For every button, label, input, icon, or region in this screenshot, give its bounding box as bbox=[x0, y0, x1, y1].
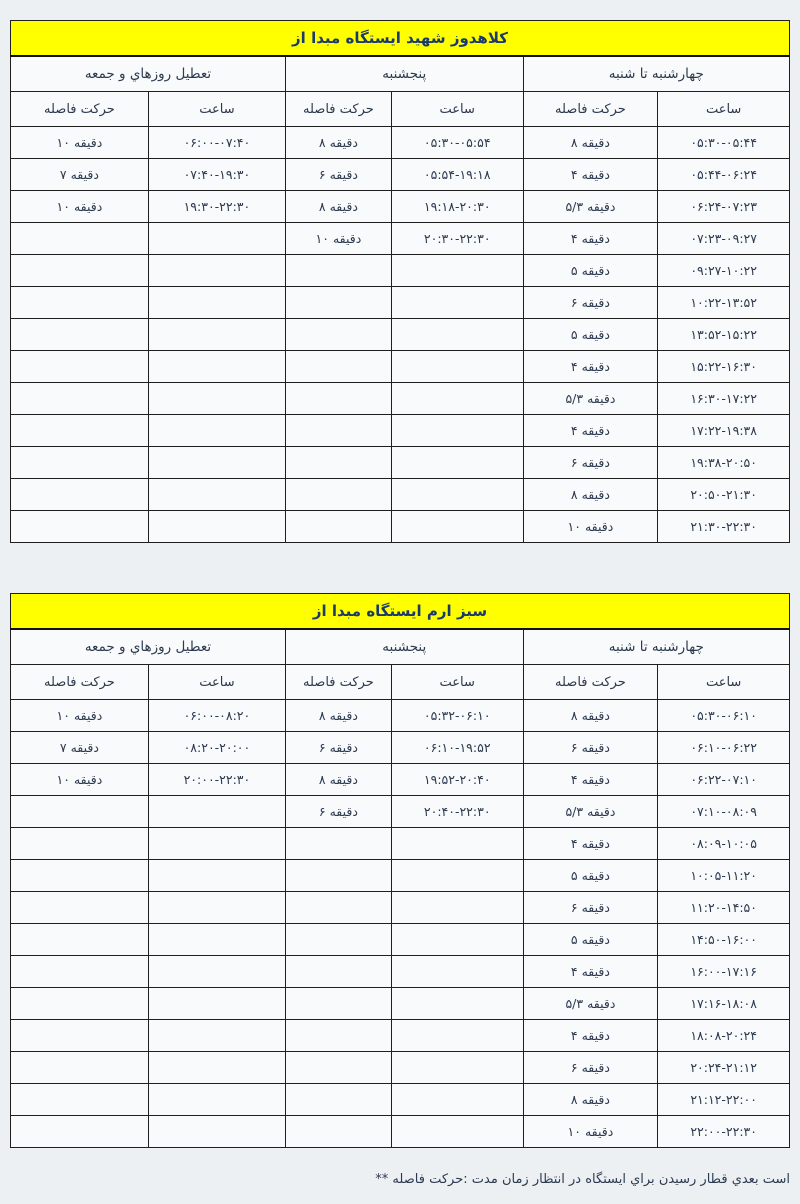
table-title-row: از مبدا ایستگاه شهید کلاهدوز bbox=[11, 21, 790, 57]
text-token: ۷ bbox=[60, 167, 67, 182]
time-column-header: ساعت bbox=[391, 665, 523, 700]
text-token: دقیقه bbox=[582, 167, 610, 182]
text-token: فاصله bbox=[392, 1172, 425, 1187]
headway-cell: ۵ دقیقه bbox=[523, 924, 658, 956]
text-token: ۸ bbox=[319, 199, 326, 214]
time-column-header: ساعت bbox=[658, 665, 790, 700]
text-token: دقیقه bbox=[582, 487, 610, 502]
text-token: ۰۵:۴۴-۰۶:۲۴ bbox=[690, 167, 757, 182]
empty-cell bbox=[391, 287, 523, 319]
empty-cell bbox=[391, 1084, 523, 1116]
headway-column-header: فاصله حرکت bbox=[11, 92, 149, 127]
text-token: فاصله bbox=[303, 102, 336, 117]
table-row: ۴ دقیقه۱۶:۰۰-۱۷:۱۶ bbox=[11, 956, 790, 988]
text-token: دقیقه bbox=[587, 199, 615, 214]
empty-cell bbox=[148, 511, 285, 543]
text-token: ۰۷:۴۰-۱۹:۳۰ bbox=[184, 167, 251, 182]
text-token: ۰۹:۲۷-۱۰:۲۲ bbox=[690, 263, 757, 278]
text-token: دقیقه bbox=[582, 740, 610, 755]
empty-cell bbox=[148, 892, 285, 924]
time-cell: ۱۹:۳۸-۲۰:۵۰ bbox=[658, 447, 790, 479]
empty-cell bbox=[285, 511, 391, 543]
time-cell: ۱۹:۵۲-۲۰:۴۰ bbox=[391, 764, 523, 796]
empty-cell bbox=[285, 956, 391, 988]
time-cell: ۱۱:۲۰-۱۴:۵۰ bbox=[658, 892, 790, 924]
text-token: ارم bbox=[427, 602, 452, 620]
text-token: شنبه bbox=[609, 66, 636, 82]
text-token: دقیقه bbox=[582, 708, 610, 723]
text-token: دقیقه bbox=[585, 1124, 613, 1139]
time-cell: ۲۲:۰۰-۲۲:۳۰ bbox=[658, 1116, 790, 1148]
text-token: ۶ bbox=[571, 740, 578, 755]
time-cell: ۲۰:۰۰-۲۲:۳۰ bbox=[148, 764, 285, 796]
text-token: حرکت bbox=[592, 675, 626, 690]
headway-cell: ۶ دقیقه bbox=[285, 732, 391, 764]
text-token: ۰۶:۲۲-۰۷:۱۰ bbox=[690, 772, 757, 787]
text-token: جمعه bbox=[85, 66, 115, 82]
text-token: ۸ bbox=[571, 708, 578, 723]
time-cell: ۱۹:۱۸-۲۰:۳۰ bbox=[391, 191, 523, 223]
table-row: ۱۰ دقیقه۰۶:۰۰-۰۸:۲۰۸ دقیقه۰۵:۳۲-۰۶:۱۰۸ د… bbox=[11, 700, 790, 732]
time-column-header: ساعت bbox=[148, 665, 285, 700]
empty-cell bbox=[391, 415, 523, 447]
text-token: ۴ bbox=[571, 836, 578, 851]
day-group-friday-holidays: جمعه و روزهاي تعطیل bbox=[11, 629, 286, 665]
empty-cell bbox=[11, 223, 149, 255]
text-token: ۱۸:۰۸-۲۰:۲۴ bbox=[690, 1028, 757, 1043]
text-token: دقیقه bbox=[582, 900, 610, 915]
text-token: ۱۹:۳۸-۲۰:۵۰ bbox=[690, 455, 757, 470]
empty-cell bbox=[148, 287, 285, 319]
text-token: ۱۵:۲۲-۱۶:۳۰ bbox=[690, 359, 757, 374]
empty-cell bbox=[285, 1052, 391, 1084]
empty-cell bbox=[11, 796, 149, 828]
text-token: چهارشنبه bbox=[652, 639, 704, 655]
text-token: ۸ bbox=[319, 708, 326, 723]
text-token: ۱۰ bbox=[568, 1124, 581, 1139]
table-row: ۵ دقیقه۱۰:۰۵-۱۱:۲۰ bbox=[11, 860, 790, 892]
text-token: ۵ bbox=[571, 868, 578, 883]
table-row: ۶ دقیقه۱۹:۳۸-۲۰:۵۰ bbox=[11, 447, 790, 479]
text-token: ۶ bbox=[571, 1060, 578, 1075]
text-token: ۴ bbox=[571, 359, 578, 374]
empty-cell bbox=[285, 1116, 391, 1148]
time-column-header: ساعت bbox=[391, 92, 523, 127]
empty-cell bbox=[285, 988, 391, 1020]
text-token: ۲۱:۱۲-۲۲:۰۰ bbox=[690, 1092, 757, 1107]
headway-cell: ۵/۳ دقیقه bbox=[523, 988, 658, 1020]
text-token: ۶ bbox=[571, 455, 578, 470]
table-row: ۵ دقیقه۰۹:۲۷-۱۰:۲۲ bbox=[11, 255, 790, 287]
text-token: ۲۰:۰۰-۲۲:۳۰ bbox=[184, 772, 251, 787]
headway-column-header: فاصله حرکت bbox=[523, 92, 658, 127]
headway-column-header: فاصله حرکت bbox=[285, 92, 391, 127]
text-token: ۰۵:۳۰-۰۶:۱۰ bbox=[690, 708, 757, 723]
headway-cell: ۱۰ دقیقه bbox=[523, 1116, 658, 1148]
text-token: ۵/۳ bbox=[565, 996, 583, 1011]
text-token: انتظار bbox=[533, 1172, 565, 1187]
empty-cell bbox=[391, 319, 523, 351]
text-token: ۰۵:۳۰-۰۵:۴۴ bbox=[690, 135, 757, 150]
text-token: ۰۸:۰۹-۱۰:۰۵ bbox=[690, 836, 757, 851]
text-token: دقیقه bbox=[330, 708, 358, 723]
text-token: ایستگاه bbox=[346, 29, 401, 47]
timetable-body: ۱۰ دقیقه۰۶:۰۰-۰۷:۴۰۸ دقیقه۰۵:۳۰-۰۵:۵۴۸ د… bbox=[11, 127, 790, 543]
text-token: ۰۶:۱۰-۰۶:۲۲ bbox=[690, 740, 757, 755]
empty-cell bbox=[11, 924, 149, 956]
headway-column-header: فاصله حرکت bbox=[523, 665, 658, 700]
headway-cell: ۵/۳ دقیقه bbox=[523, 191, 658, 223]
text-token: ۸ bbox=[571, 135, 578, 150]
empty-cell bbox=[285, 415, 391, 447]
headway-cell: ۱۰ دقیقه bbox=[11, 127, 149, 159]
text-token: ۶ bbox=[319, 804, 326, 819]
text-token: دقیقه bbox=[330, 740, 358, 755]
empty-cell bbox=[11, 479, 149, 511]
empty-cell bbox=[391, 255, 523, 287]
text-token: ۱۰ bbox=[57, 199, 70, 214]
day-group-header-row: جمعه و روزهاي تعطیل پنجشنبه شنبه تا چهار… bbox=[11, 56, 790, 92]
text-token: ۶ bbox=[571, 900, 578, 915]
text-token: ساعت bbox=[199, 102, 234, 117]
text-token: ساعت bbox=[440, 102, 475, 117]
time-cell: ۲۰:۳۰-۲۲:۳۰ bbox=[391, 223, 523, 255]
time-cell: ۰۵:۳۲-۰۶:۱۰ bbox=[391, 700, 523, 732]
timetable-body: ۱۰ دقیقه۰۶:۰۰-۰۸:۲۰۸ دقیقه۰۵:۳۲-۰۶:۱۰۸ د… bbox=[11, 700, 790, 1148]
text-token: دقیقه bbox=[74, 708, 102, 723]
table-row: ۶ دقیقه۲۰:۴۰-۲۲:۳۰۵/۳ دقیقه۰۷:۱۰-۰۸:۰۹ bbox=[11, 796, 790, 828]
text-token: ۷ bbox=[60, 740, 67, 755]
table-row: ۴ دقیقه۱۸:۰۸-۲۰:۲۴ bbox=[11, 1020, 790, 1052]
time-cell: ۲۰:۴۰-۲۲:۳۰ bbox=[391, 796, 523, 828]
text-token: دقیقه bbox=[330, 199, 358, 214]
text-token: ۱۱:۲۰-۱۴:۵۰ bbox=[690, 900, 757, 915]
text-token: شنبه bbox=[609, 639, 636, 655]
headway-cell: ۱۰ دقیقه bbox=[11, 700, 149, 732]
headway-cell: ۱۰ دقیقه bbox=[11, 191, 149, 223]
text-token: ۵ bbox=[571, 327, 578, 342]
text-token: دقیقه bbox=[330, 772, 358, 787]
text-token: ۴ bbox=[571, 1028, 578, 1043]
headway-cell: ۸ دقیقه bbox=[285, 700, 391, 732]
day-group-saturday-wednesday: شنبه تا چهارشنبه bbox=[523, 629, 789, 665]
text-token: دقیقه bbox=[582, 295, 610, 310]
text-token: ۰۷:۱۰-۰۸:۰۹ bbox=[690, 804, 757, 819]
headway-cell: ۸ دقیقه bbox=[523, 700, 658, 732]
text-token: از bbox=[292, 29, 306, 47]
empty-cell bbox=[391, 479, 523, 511]
empty-cell bbox=[148, 447, 285, 479]
time-cell: ۲۰:۵۰-۲۱:۳۰ bbox=[658, 479, 790, 511]
text-token: ۱۷:۲۲-۱۹:۳۸ bbox=[690, 423, 757, 438]
text-token: ۰۵:۳۲-۰۶:۱۰ bbox=[424, 708, 491, 723]
empty-cell bbox=[285, 255, 391, 287]
headway-cell: ۷ دقیقه bbox=[11, 732, 149, 764]
table-row: ۸ دقیقه۲۰:۵۰-۲۱:۳۰ bbox=[11, 479, 790, 511]
table-row: ۴ دقیقه۱۷:۲۲-۱۹:۳۸ bbox=[11, 415, 790, 447]
table-row: ۷ دقیقه۰۷:۴۰-۱۹:۳۰۶ دقیقه۰۵:۵۴-۱۹:۱۸۴ دق… bbox=[11, 159, 790, 191]
text-token: روزهاي bbox=[130, 66, 171, 82]
text-token: ۰۶:۰۰-۰۷:۴۰ bbox=[184, 135, 251, 150]
text-token: ۱۰ bbox=[57, 772, 70, 787]
text-token: ۵/۳ bbox=[565, 804, 583, 819]
text-token: ۰۷:۲۳-۰۹:۲۷ bbox=[690, 231, 757, 246]
empty-cell bbox=[148, 828, 285, 860]
time-cell: ۰۹:۲۷-۱۰:۲۲ bbox=[658, 255, 790, 287]
text-token: ۲۰:۵۰-۲۱:۳۰ bbox=[690, 487, 757, 502]
empty-cell bbox=[11, 1020, 149, 1052]
empty-cell bbox=[11, 988, 149, 1020]
time-cell: ۰۷:۴۰-۱۹:۳۰ bbox=[148, 159, 285, 191]
text-token: ۵ bbox=[571, 932, 578, 947]
day-group-header-row: جمعه و روزهاي تعطیل پنجشنبه شنبه تا چهار… bbox=[11, 629, 790, 665]
empty-cell bbox=[148, 479, 285, 511]
table-row: ۱۰ دقیقه۲۰:۳۰-۲۲:۳۰۴ دقیقه۰۷:۲۳-۰۹:۲۷ bbox=[11, 223, 790, 255]
headway-cell: ۴ دقیقه bbox=[523, 415, 658, 447]
text-token: ایستگاه bbox=[366, 602, 421, 620]
empty-cell bbox=[285, 319, 391, 351]
text-token: ۲۰:۲۴-۲۱:۱۲ bbox=[690, 1060, 757, 1075]
empty-cell bbox=[391, 447, 523, 479]
text-token: است bbox=[763, 1172, 790, 1187]
table-row: ۱۰ دقیقه۲۰:۰۰-۲۲:۳۰۸ دقیقه۱۹:۵۲-۲۰:۴۰۴ د… bbox=[11, 764, 790, 796]
empty-cell bbox=[391, 1052, 523, 1084]
text-token: ۱۶:۰۰-۱۷:۱۶ bbox=[690, 964, 757, 979]
headway-cell: ۶ دقیقه bbox=[523, 447, 658, 479]
empty-cell bbox=[285, 479, 391, 511]
text-token: ۰۶:۲۴-۰۷:۲۳ bbox=[690, 199, 757, 214]
time-cell: ۰۸:۰۹-۱۰:۰۵ bbox=[658, 828, 790, 860]
text-token: ۲۱:۳۰-۲۲:۳۰ bbox=[690, 519, 757, 534]
empty-cell bbox=[148, 383, 285, 415]
time-cell: ۰۵:۴۴-۰۶:۲۴ bbox=[658, 159, 790, 191]
day-group-thursday: پنجشنبه bbox=[285, 629, 523, 665]
text-token: تا bbox=[640, 66, 648, 82]
empty-cell bbox=[148, 1052, 285, 1084]
empty-cell bbox=[148, 1116, 285, 1148]
empty-cell bbox=[11, 1052, 149, 1084]
text-token: دقیقه bbox=[330, 804, 358, 819]
empty-cell bbox=[11, 447, 149, 479]
empty-cell bbox=[391, 828, 523, 860]
text-token: دقیقه bbox=[333, 231, 361, 246]
text-token: دقیقه bbox=[582, 932, 610, 947]
time-cell: ۰۷:۲۳-۰۹:۲۷ bbox=[658, 223, 790, 255]
text-token: دقیقه bbox=[587, 996, 615, 1011]
text-token: پنجشنبه bbox=[382, 639, 426, 655]
text-token: ۰۶:۰۰-۰۸:۲۰ bbox=[184, 708, 251, 723]
time-cell: ۱۷:۲۲-۱۹:۳۸ bbox=[658, 415, 790, 447]
text-token: ساعت bbox=[440, 675, 475, 690]
day-group-friday-holidays: جمعه و روزهاي تعطیل bbox=[11, 56, 286, 92]
text-token: ۴ bbox=[571, 964, 578, 979]
empty-cell bbox=[391, 1116, 523, 1148]
empty-cell bbox=[11, 956, 149, 988]
headway-cell: ۴ دقیقه bbox=[523, 351, 658, 383]
timetable-eram-sabz: از مبدا ایستگاه ارم سبز جمعه و روزهاي تع… bbox=[10, 593, 790, 1148]
empty-cell bbox=[391, 860, 523, 892]
text-token: ۸ bbox=[571, 1092, 578, 1107]
headway-cell: ۶ دقیقه bbox=[523, 1052, 658, 1084]
text-token: ۱۹:۵۲-۲۰:۴۰ bbox=[424, 772, 491, 787]
empty-cell bbox=[11, 860, 149, 892]
empty-cell bbox=[148, 956, 285, 988]
text-token: براي bbox=[630, 1172, 655, 1187]
empty-cell bbox=[391, 383, 523, 415]
text-token: دقیقه bbox=[71, 167, 99, 182]
table-row: ۱۰ دقیقه۲۲:۰۰-۲۲:۳۰ bbox=[11, 1116, 790, 1148]
text-token: ۱۹:۱۸-۲۰:۳۰ bbox=[424, 199, 491, 214]
text-token: ۸ bbox=[571, 487, 578, 502]
time-cell: ۰۵:۳۰-۰۵:۵۴ bbox=[391, 127, 523, 159]
text-token: ۲۰:۳۰-۲۲:۳۰ bbox=[424, 231, 491, 246]
text-token: ۱۴:۵۰-۱۶:۰۰ bbox=[690, 932, 757, 947]
text-token: دقیقه bbox=[582, 231, 610, 246]
empty-cell bbox=[391, 892, 523, 924]
headway-cell: ۶ دقیقه bbox=[523, 287, 658, 319]
headway-cell: ۴ دقیقه bbox=[523, 223, 658, 255]
text-token: تعطیل bbox=[176, 66, 212, 82]
empty-cell bbox=[11, 287, 149, 319]
text-token: دقیقه bbox=[71, 740, 99, 755]
headway-cell: ۵/۳ دقیقه bbox=[523, 796, 658, 828]
table-row: ۵/۳ دقیقه۱۷:۱۶-۱۸:۰۸ bbox=[11, 988, 790, 1020]
time-cell: ۰۶:۱۰-۱۹:۵۲ bbox=[391, 732, 523, 764]
text-token: دقیقه bbox=[74, 772, 102, 787]
column-header-row: فاصله حرکت ساعت فاصله حرکت ساعت فاصله حر… bbox=[11, 665, 790, 700]
empty-cell bbox=[11, 351, 149, 383]
empty-cell bbox=[11, 828, 149, 860]
text-token: ۰۵:۵۴-۱۹:۱۸ bbox=[424, 167, 491, 182]
text-token: دقیقه bbox=[582, 964, 610, 979]
text-token: در bbox=[569, 1172, 581, 1187]
table-row: ۸ دقیقه۲۱:۱۲-۲۲:۰۰ bbox=[11, 1084, 790, 1116]
time-cell: ۰۵:۳۰-۰۶:۱۰ bbox=[658, 700, 790, 732]
empty-cell bbox=[11, 319, 149, 351]
empty-cell bbox=[285, 383, 391, 415]
text-token: دقیقه bbox=[582, 1028, 610, 1043]
text-token: و bbox=[119, 66, 126, 82]
empty-cell bbox=[148, 1020, 285, 1052]
timetable-page: از مبدا ایستگاه شهید کلاهدوز جمعه و روزه… bbox=[0, 0, 800, 1187]
time-cell: ۱۹:۳۰-۲۲:۳۰ bbox=[148, 191, 285, 223]
headway-cell: ۵ دقیقه bbox=[523, 860, 658, 892]
time-cell: ۱۷:۱۶-۱۸:۰۸ bbox=[658, 988, 790, 1020]
table-title: از مبدا ایستگاه ارم سبز bbox=[11, 594, 790, 630]
text-token: فاصله bbox=[555, 675, 588, 690]
text-token: ۱۰:۲۲-۱۳:۵۲ bbox=[690, 295, 757, 310]
text-token: ۶ bbox=[319, 740, 326, 755]
table-row: ۱۰ دقیقه۱۹:۳۰-۲۲:۳۰۸ دقیقه۱۹:۱۸-۲۰:۳۰۵/۳… bbox=[11, 191, 790, 223]
text-token: مبدا bbox=[311, 29, 340, 47]
table-row: ۵ دقیقه۱۳:۵۲-۱۵:۲۲ bbox=[11, 319, 790, 351]
time-cell: ۰۵:۵۴-۱۹:۱۸ bbox=[391, 159, 523, 191]
empty-cell bbox=[285, 1084, 391, 1116]
headway-cell: ۴ دقیقه bbox=[523, 828, 658, 860]
time-cell: ۲۱:۱۲-۲۲:۰۰ bbox=[658, 1084, 790, 1116]
headway-cell: ۶ دقیقه bbox=[285, 796, 391, 828]
empty-cell bbox=[285, 287, 391, 319]
text-token: دقیقه bbox=[582, 327, 610, 342]
empty-cell bbox=[11, 255, 149, 287]
text-token: دقیقه bbox=[587, 391, 615, 406]
headway-cell: ۸ دقیقه bbox=[285, 764, 391, 796]
text-token: فاصله bbox=[303, 675, 336, 690]
time-cell: ۰۸:۲۰-۲۰:۰۰ bbox=[148, 732, 285, 764]
table-row: ۶ دقیقه۱۰:۲۲-۱۳:۵۲ bbox=[11, 287, 790, 319]
text-token: ۱۰ bbox=[316, 231, 329, 246]
empty-cell bbox=[148, 415, 285, 447]
text-token: ۲۰:۴۰-۲۲:۳۰ bbox=[424, 804, 491, 819]
headway-cell: ۵/۳ دقیقه bbox=[523, 383, 658, 415]
empty-cell bbox=[391, 956, 523, 988]
text-token: ۱۰:۰۵-۱۱:۲۰ bbox=[690, 868, 757, 883]
text-token: حرکت bbox=[81, 675, 115, 690]
empty-cell bbox=[148, 223, 285, 255]
day-group-saturday-wednesday: شنبه تا چهارشنبه bbox=[523, 56, 789, 92]
text-token: ۸ bbox=[319, 135, 326, 150]
text-token: پنجشنبه bbox=[382, 66, 426, 82]
table-row: ۴ دقیقه۰۸:۰۹-۱۰:۰۵ bbox=[11, 828, 790, 860]
empty-cell bbox=[11, 383, 149, 415]
text-token: ۵/۳ bbox=[565, 199, 583, 214]
headway-cell: ۸ دقیقه bbox=[523, 127, 658, 159]
text-token: ۱۰ bbox=[57, 135, 70, 150]
empty-cell bbox=[11, 1084, 149, 1116]
table-row: ۴ دقیقه۱۵:۲۲-۱۶:۳۰ bbox=[11, 351, 790, 383]
headway-cell: ۸ دقیقه bbox=[523, 479, 658, 511]
text-token: حرکت: bbox=[429, 1172, 468, 1187]
headway-cell: ۵ دقیقه bbox=[523, 255, 658, 287]
text-token: حرکت bbox=[81, 102, 115, 117]
headway-cell: ۶ دقیقه bbox=[523, 892, 658, 924]
text-token: ۴ bbox=[571, 772, 578, 787]
text-token: تا bbox=[640, 639, 648, 655]
text-token: تعطیل bbox=[176, 639, 212, 655]
text-token: ۱۰ bbox=[57, 708, 70, 723]
empty-cell bbox=[391, 511, 523, 543]
text-token: شهید bbox=[406, 29, 445, 47]
headway-column-header: فاصله حرکت bbox=[11, 665, 149, 700]
text-token: ساعت bbox=[706, 675, 741, 690]
empty-cell bbox=[391, 988, 523, 1020]
time-cell: ۱۶:۳۰-۱۷:۲۲ bbox=[658, 383, 790, 415]
text-token: ۱۹:۳۰-۲۲:۳۰ bbox=[184, 199, 251, 214]
text-token: دقیقه bbox=[582, 359, 610, 374]
text-token: دقیقه bbox=[582, 263, 610, 278]
text-token: فاصله bbox=[555, 102, 588, 117]
text-token: ۱۰ bbox=[568, 519, 581, 534]
text-token: دقیقه bbox=[74, 135, 102, 150]
empty-cell bbox=[391, 924, 523, 956]
empty-cell bbox=[148, 319, 285, 351]
time-cell: ۱۳:۵۲-۱۵:۲۲ bbox=[658, 319, 790, 351]
empty-cell bbox=[148, 351, 285, 383]
text-token: ۱۶:۳۰-۱۷:۲۲ bbox=[690, 391, 757, 406]
time-cell: ۱۵:۲۲-۱۶:۳۰ bbox=[658, 351, 790, 383]
text-token: ۵ bbox=[571, 263, 578, 278]
text-token: ۰۸:۲۰-۲۰:۰۰ bbox=[184, 740, 251, 755]
headway-cell: ۱۰ دقیقه bbox=[285, 223, 391, 255]
text-token: دقیقه bbox=[582, 135, 610, 150]
empty-cell bbox=[391, 1020, 523, 1052]
empty-cell bbox=[285, 924, 391, 956]
text-token: ۰۵:۳۰-۰۵:۵۴ bbox=[424, 135, 491, 150]
time-cell: ۰۵:۳۰-۰۵:۴۴ bbox=[658, 127, 790, 159]
text-token: روزهاي bbox=[130, 639, 171, 655]
time-cell: ۰۶:۲۴-۰۷:۲۳ bbox=[658, 191, 790, 223]
headway-cell: ۴ دقیقه bbox=[523, 764, 658, 796]
